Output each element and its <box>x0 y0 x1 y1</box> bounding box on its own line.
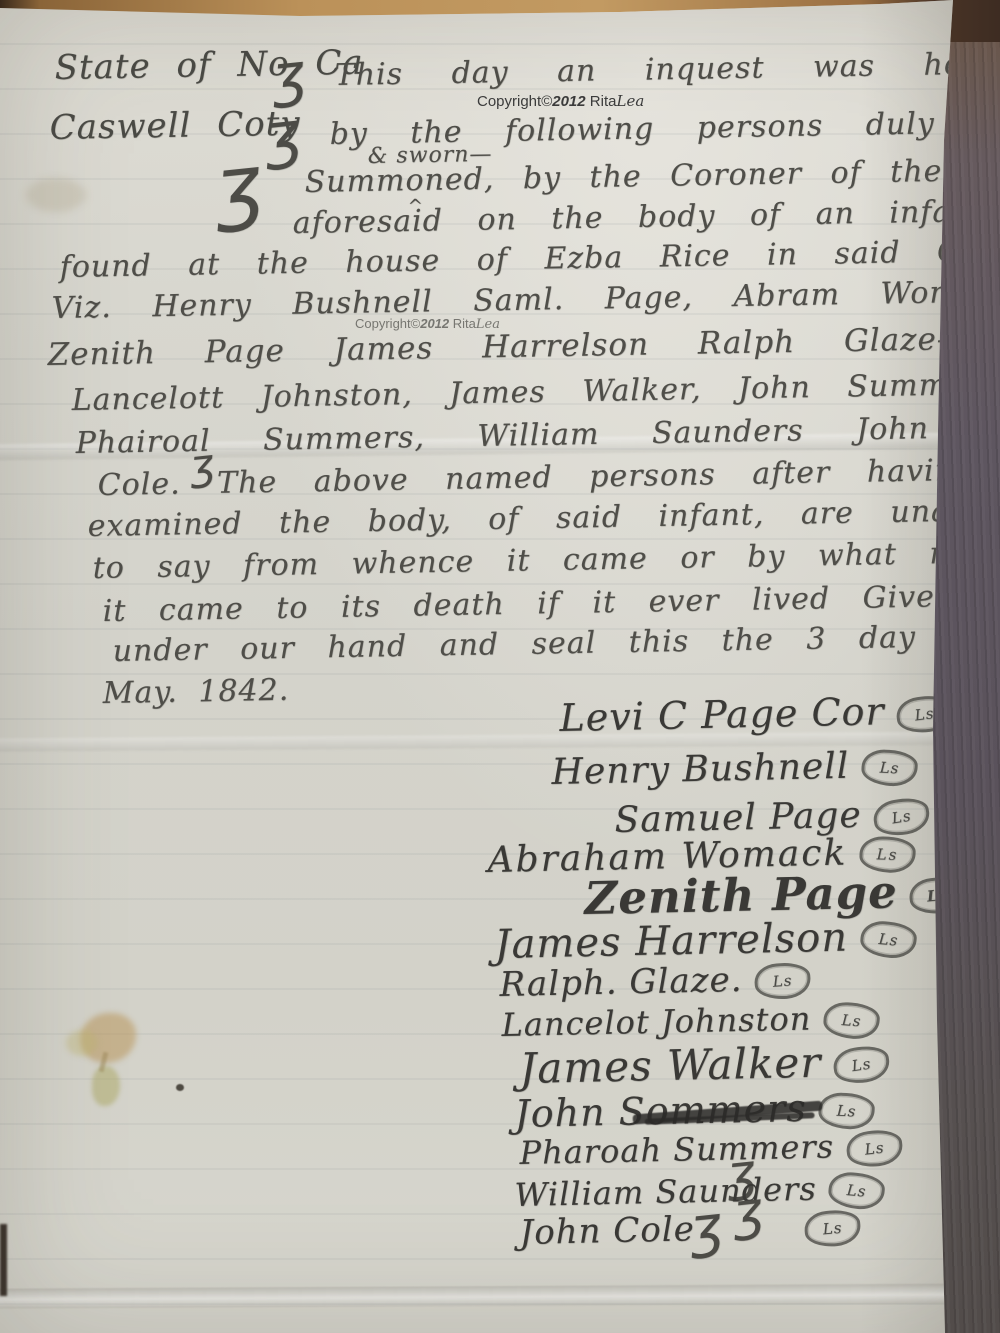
fold-crease <box>0 1283 1000 1308</box>
heading-state: State of No Ca <box>54 43 364 88</box>
body-line: to say from whence it came or by what me… <box>92 535 1000 586</box>
signature-name: Henry Bushnell <box>551 746 849 793</box>
body-line: Zenith Page James Harrelson Ralph Glaze— <box>47 321 969 373</box>
seal-icon: Ls <box>831 1043 892 1087</box>
signature-name: Lancelot Johnston <box>501 1000 812 1044</box>
brace-flourish: ʒ <box>262 102 304 167</box>
seal-icon: Ls <box>859 919 918 960</box>
copyright-watermark: Copyright©2012 RitaLea <box>355 316 500 332</box>
seal-icon: Ls <box>803 1208 862 1249</box>
seal-icon: Ls <box>844 1127 904 1169</box>
signature-name: Pharoah Summers <box>519 1127 834 1172</box>
body-line-date: May. 1842. <box>102 673 289 711</box>
paper-edge-shadow <box>0 1224 7 1296</box>
paper-stain <box>80 1013 136 1063</box>
pen-flourish: ʒ <box>687 1198 725 1257</box>
body-line: This day an inquest was held <box>334 47 993 93</box>
signature-row: Ralph. Glaze.Ls <box>499 958 811 1005</box>
signature-name: James Walker <box>519 1038 822 1093</box>
seal-icon: Ls <box>822 1000 880 1040</box>
paper-stain <box>66 1030 98 1056</box>
copyright-watermark: Copyright©2012 RitaLea <box>477 92 644 110</box>
body-line: Lancelott Johnston, James Walker, John S… <box>71 367 998 418</box>
seal-icon: Ls <box>753 961 811 1001</box>
body-line: aforesaid on the body of an infant. <box>292 194 995 241</box>
seal-icon: Ls <box>818 1091 876 1130</box>
signature-name: Ralph. Glaze. <box>499 960 743 1005</box>
paper-stain <box>92 1066 120 1106</box>
signature-name: Levi C Page Cor <box>559 689 885 740</box>
ink-speck <box>176 1084 184 1091</box>
seal-icon: Ls <box>827 1170 886 1211</box>
signature-row: Levi C Page CorLs <box>559 688 953 740</box>
paper-stain <box>26 178 86 212</box>
brace-flourish: ʒ <box>211 144 267 231</box>
paper-stain <box>99 1052 109 1073</box>
seal-icon: Ls <box>860 749 918 788</box>
signature-name: John Cole <box>519 1209 695 1253</box>
document-paper: State of No Ca ʒ Caswell Coty ʒ ʒ This d… <box>0 0 1000 1333</box>
signature-row: Henry BushnellLs <box>551 744 917 793</box>
signature-row: Pharoah SummersLs <box>519 1126 902 1174</box>
